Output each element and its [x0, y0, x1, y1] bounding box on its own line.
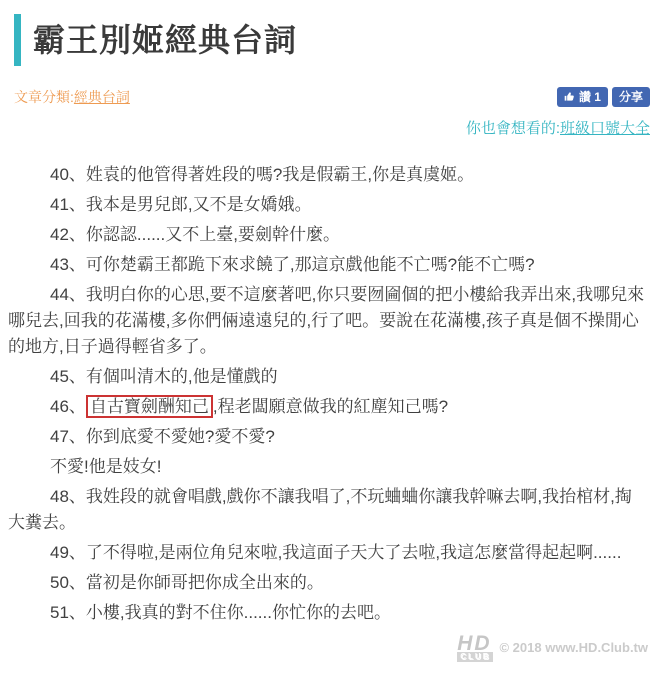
suggestion-line: 你也會想看的:班級口號大全 [0, 117, 650, 137]
highlight-box: 自古寶劍酬知己 [86, 395, 213, 418]
title-accent-bar [14, 14, 21, 66]
quote-line: 44、我明白你的心思,要不這麼著吧,你只要囫圇個的把小樓給我弄出來,我哪兒來哪兒… [8, 282, 646, 360]
quote-line: 48、我姓段的就會唱戲,戲你不讓我唱了,不玩蛐蛐你讓我幹嘛去啊,我抬棺材,掏大糞… [8, 484, 646, 536]
suggestion-link[interactable]: 班級口號大全 [560, 120, 650, 137]
article-content: 40、姓袁的他管得著姓段的嗎?我是假霸王,你是真虞姬。 41、我本是男兒郎,又不… [0, 162, 654, 626]
quote-line: 42、你認認......又不上臺,要劍幹什麼。 [8, 222, 646, 248]
logo-club-text: CLUB [457, 652, 493, 662]
suggestion-label: 你也會想看的: [466, 120, 560, 137]
meta-row: 文章分類:經典台詞 讚 1 分享 [14, 86, 650, 107]
quote-suffix: ,程老闆願意做我的紅塵知己嗎? [213, 397, 448, 416]
page-header: 霸王別姬經典台詞 [14, 14, 654, 66]
quote-line: 41、我本是男兒郎,又不是女嬌娥。 [8, 192, 646, 218]
quote-line-highlighted: 46、自古寶劍酬知己,程老闆願意做我的紅塵知己嗎? [8, 394, 646, 420]
quote-line: 不愛!他是妓女! [8, 454, 646, 480]
watermark: HD CLUB © 2018 www.HD.Club.tw [457, 633, 648, 662]
quote-line: 43、可你楚霸王都跪下來求饒了,那這京戲他能不亡嗎?能不亡嗎? [8, 252, 646, 278]
quote-line: 49、了不得啦,是兩位角兒來啦,我這面子天大了去啦,我這怎麼當得起起啊.....… [8, 540, 646, 566]
category-label: 文章分類: [14, 89, 74, 105]
quote-line: 50、當初是你師哥把你成全出來的。 [8, 570, 646, 596]
facebook-share-button[interactable]: 分享 [612, 87, 650, 107]
quote-line: 45、有個叫清木的,他是懂戲的 [8, 364, 646, 390]
quote-line: 47、你到底愛不愛她?愛不愛? [8, 424, 646, 450]
quote-prefix: 46、 [50, 397, 86, 416]
quote-line: 51、小樓,我真的對不住你......你忙你的去吧。 [8, 600, 646, 626]
category-line: 文章分類:經典台詞 [14, 87, 130, 107]
category-link[interactable]: 經典台詞 [74, 89, 130, 105]
page-title: 霸王別姬經典台詞 [33, 14, 297, 66]
thumbs-up-icon [564, 91, 575, 102]
facebook-buttons: 讚 1 分享 [557, 87, 650, 107]
watermark-copyright: © 2018 www.HD.Club.tw [499, 640, 648, 655]
hd-club-logo: HD CLUB [457, 633, 493, 662]
article-page: 霸王別姬經典台詞 文章分類:經典台詞 讚 1 分享 你也會想看的:班級口號大全 … [0, 0, 654, 678]
share-button-label: 分享 [619, 88, 643, 105]
like-button-label: 讚 1 [579, 88, 601, 105]
quote-line: 40、姓袁的他管得著姓段的嗎?我是假霸王,你是真虞姬。 [8, 162, 646, 188]
facebook-like-button[interactable]: 讚 1 [557, 87, 608, 107]
logo-hd-text: HD [457, 633, 491, 654]
